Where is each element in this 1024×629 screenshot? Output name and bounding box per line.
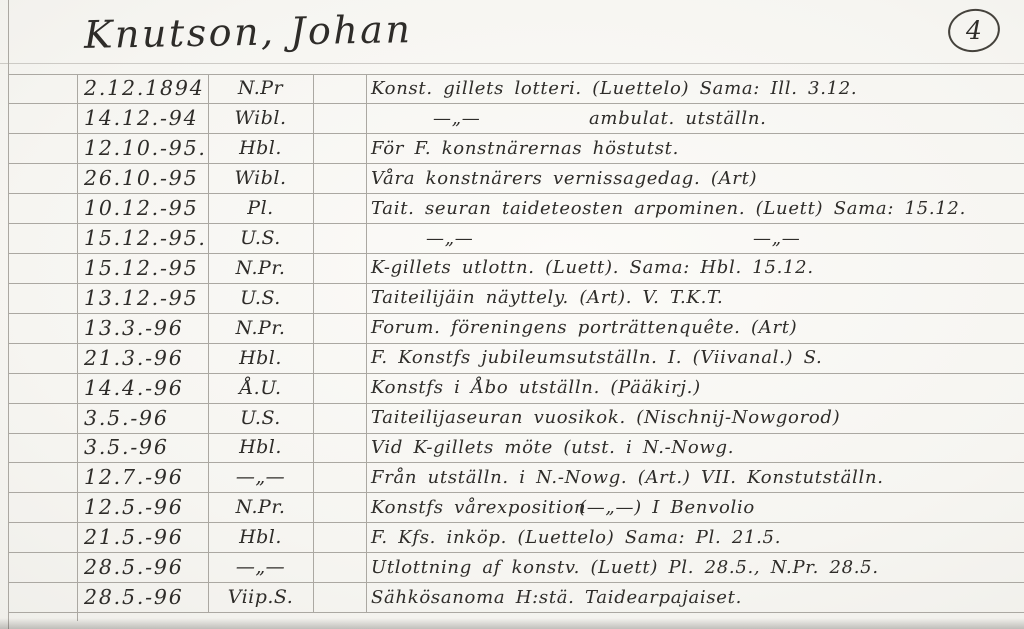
row-description: Konstfs i Åbo utställn. (Pääkirj.) [371,373,701,403]
row-date: 12.7.-96 [84,462,184,492]
row-description: —„— [426,223,473,253]
row-date: 14.4.-96 [84,373,184,403]
card-title: Knutson, Johan [84,7,413,57]
row-date: 15.12.-95 [84,253,198,283]
row-date: 12.5.-96 [84,492,184,522]
row-source: U.S. [208,283,313,313]
row-source: U.S. [208,403,313,433]
table-row: 12.10.-95.Hbl.För F. konstnärernas höstu… [0,133,1024,163]
row-description: Konst. gillets lotteri. (Luettelo) Sama:… [371,74,857,104]
table-row: 21.3.-96Hbl.F. Konstfs jubileumsutställn… [0,343,1024,373]
table-row: 10.12.-95Pl.Tait. seuran taideteosten ar… [0,193,1024,223]
table-row: 12.7.-96—„—Från utställn. i N.-Nowg. (Ar… [0,462,1024,492]
row-description: (—„—) I Benvolio [579,492,755,522]
row-date: 10.12.-95 [84,193,198,223]
row-description: Taiteilijaseuran vuosikok. (Nischnij-Now… [371,403,840,433]
row-date: 15.12.-95. [84,223,207,253]
row-source: N.Pr. [208,253,313,283]
row-date: 13.3.-96 [84,313,184,343]
row-source: —„— [208,462,313,492]
table-row: 13.3.-96N.Pr.Forum. föreningens porträtt… [0,313,1024,343]
row-source: Hbl. [208,522,313,552]
page-number: 4 [966,16,982,45]
row-description: Våra konstnärers vernissagedag. (Art) [371,163,757,193]
row-description: Vid K-gillets möte (utst. i N.-Nowg. [371,433,734,463]
row-date: 21.3.-96 [84,343,184,373]
table-row: 2.12.1894N.PrKonst. gillets lotteri. (Lu… [0,74,1024,104]
row-source: Hbl. [208,133,313,163]
row-date: 26.10.-95 [84,163,198,193]
table-row: 3.5.-96U.S.Taiteilijaseuran vuosikok. (N… [0,403,1024,433]
row-date: 2.12.1894 [84,74,205,104]
row-date: 28.5.-96 [84,552,184,582]
row-date: 21.5.-96 [84,522,184,552]
row-description: F. Konstfs jubileumsutställn. I. (Viivan… [371,343,822,373]
row-description: Tait. seuran taideteosten arpominen. (Lu… [371,193,966,223]
row-source: N.Pr. [208,492,313,522]
row-source: N.Pr [208,74,313,104]
row-source: Wibl. [208,163,313,193]
grid-line [0,63,1024,64]
table-row: 14.4.-96Å.U.Konstfs i Åbo utställn. (Pää… [0,373,1024,403]
table-row: 28.5.-96—„—Utlottning af konstv. (Luett)… [0,552,1024,582]
row-date: 3.5.-96 [84,433,169,463]
row-date: 14.12.-94 [84,103,198,133]
row-source: Pl. [208,193,313,223]
row-source: Viip.S. [208,582,313,612]
row-source: —„— [208,552,313,582]
table-row: 15.12.-95.U.S.—„——„— [0,223,1024,253]
row-description: Från utställn. i N.-Nowg. (Art.) VII. Ko… [371,462,884,492]
row-source: Hbl. [208,433,313,463]
row-description: —„— [753,223,800,253]
table-row: 21.5.-96Hbl.F. Kfs. inköp. (Luettelo) Sa… [0,522,1024,552]
table-row: 13.12.-95U.S.Taiteilijäin näyttely. (Art… [0,283,1024,313]
row-description: Utlottning af konstv. (Luett) Pl. 28.5.,… [371,552,879,582]
scanned-ledger-card: Knutson, Johan 4 2.12.1894N.PrKonst. gil… [0,0,1024,629]
row-description: Sähkösanoma H:stä. Taidearpajaiset. [371,582,742,612]
row-description: Forum. föreningens porträttenquête. (Art… [371,313,797,343]
table-row: 14.12.-94Wibl.—„—ambulat. utställn. [0,103,1024,133]
row-description: ambulat. utställn. [589,103,767,133]
row-source: Hbl. [208,343,313,373]
table-row: 3.5.-96Hbl.Vid K-gillets möte (utst. i N… [0,433,1024,463]
row-description: —„— [433,103,480,133]
page-number-badge: 4 [945,5,1003,56]
table-row: 12.5.-96N.Pr.Konstfs vårexposition(—„—) … [0,492,1024,522]
row-source: Wibl. [208,103,313,133]
row-source: Å.U. [208,373,313,403]
row-date: 13.12.-95 [84,283,198,313]
row-source: N.Pr. [208,313,313,343]
row-description: För F. konstnärernas höstutst. [371,133,679,163]
row-description: Taiteilijäin näyttely. (Art). V. T.K.T. [371,283,723,313]
row-description: Konstfs vårexposition [371,492,586,522]
table-row: 28.5.-96Viip.S.Sähkösanoma H:stä. Taidea… [0,582,1024,612]
row-source: U.S. [208,223,313,253]
table-row: 26.10.-95Wibl.Våra konstnärers vernissag… [0,163,1024,193]
row-description: F. Kfs. inköp. (Luettelo) Sama: Pl. 21.5… [371,522,781,552]
grid-line [8,612,1024,613]
row-date: 12.10.-95. [84,133,207,163]
row-date: 3.5.-96 [84,403,169,433]
row-date: 28.5.-96 [84,582,184,612]
scan-edge-shadow [0,618,1024,629]
row-description: K-gillets utlottn. (Luett). Sama: Hbl. 1… [371,253,814,283]
table-row: 15.12.-95N.Pr.K-gillets utlottn. (Luett)… [0,253,1024,283]
